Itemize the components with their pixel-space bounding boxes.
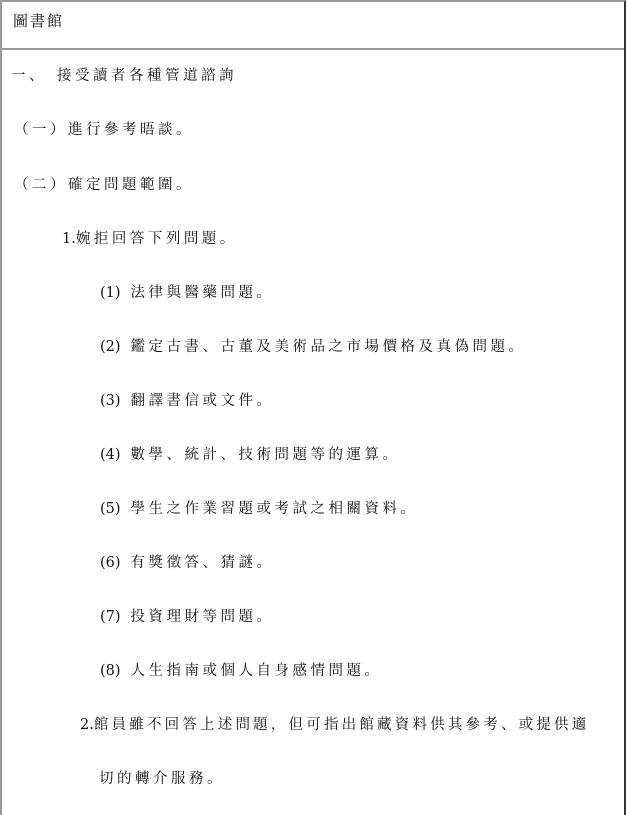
item-text: 數學、統計、技術問題等的運算。 xyxy=(131,447,401,463)
list-item: (2)鑑定古書、古董及美術品之市場價格及真偽問題。 xyxy=(100,337,527,357)
section-heading-1: 一、接受讀者各種管道諮詢 xyxy=(11,66,237,86)
section-text: 接受讀者各種管道諮詢 xyxy=(57,68,237,84)
subsection-text: 確定問題範圍。 xyxy=(68,177,194,193)
item-text: 學生之作業習題或考試之相關資料。 xyxy=(131,501,419,517)
item-marker: (2) xyxy=(100,339,121,355)
item-marker: (5) xyxy=(100,501,121,517)
subsection-2: （二）確定問題範圍。 xyxy=(14,175,194,195)
item-marker: (6) xyxy=(100,555,121,571)
subsection-marker: （一） xyxy=(14,122,68,138)
list-item: (7)投資理財等問題。 xyxy=(100,607,275,627)
item-text: 有獎徵答、猜謎。 xyxy=(131,555,275,571)
item-text: 人生指南或個人自身感情問題。 xyxy=(131,663,383,679)
header-cell: 圖書館 xyxy=(2,2,624,50)
subsection-marker: （二） xyxy=(14,177,68,193)
point-2: 2.館員雖不回答上述問題，但可指出館藏資料供其參考、或提供適 xyxy=(80,715,589,735)
section-marker: 一、 xyxy=(11,68,47,84)
item-text: 法律與醫藥問題。 xyxy=(131,285,275,301)
list-item: (3)翻譯書信或文件。 xyxy=(100,391,275,411)
item-marker: (4) xyxy=(100,447,121,463)
header-title: 圖書館 xyxy=(13,10,64,31)
item-text: 鑑定古書、古董及美術品之市場價格及真偽問題。 xyxy=(131,339,527,355)
point-text: 婉拒回答下列問題。 xyxy=(76,231,238,247)
subsection-1: （一）進行參考晤談。 xyxy=(14,120,194,140)
point-marker: 1. xyxy=(62,231,76,247)
point-2-continuation: 切的轉介服務。 xyxy=(99,769,225,789)
point-1: 1.婉拒回答下列問題。 xyxy=(62,229,238,249)
point-marker: 2. xyxy=(80,717,94,733)
list-item: (6)有獎徵答、猜謎。 xyxy=(100,553,275,573)
item-marker: (1) xyxy=(100,285,121,301)
subsection-text: 進行參考晤談。 xyxy=(68,122,194,138)
list-item: (5)學生之作業習題或考試之相關資料。 xyxy=(100,499,419,519)
list-item: (4)數學、統計、技術問題等的運算。 xyxy=(100,445,401,465)
point-text-line2: 切的轉介服務。 xyxy=(99,771,225,787)
point-text-line1: 館員雖不回答上述問題，但可指出館藏資料供其參考、或提供適 xyxy=(94,717,590,733)
list-item: (1)法律與醫藥問題。 xyxy=(100,283,275,303)
item-text: 投資理財等問題。 xyxy=(131,609,275,625)
item-text: 翻譯書信或文件。 xyxy=(131,393,275,409)
item-marker: (7) xyxy=(100,609,121,625)
item-marker: (3) xyxy=(100,393,121,409)
item-marker: (8) xyxy=(100,663,121,679)
list-item: (8)人生指南或個人自身感情問題。 xyxy=(100,661,383,681)
